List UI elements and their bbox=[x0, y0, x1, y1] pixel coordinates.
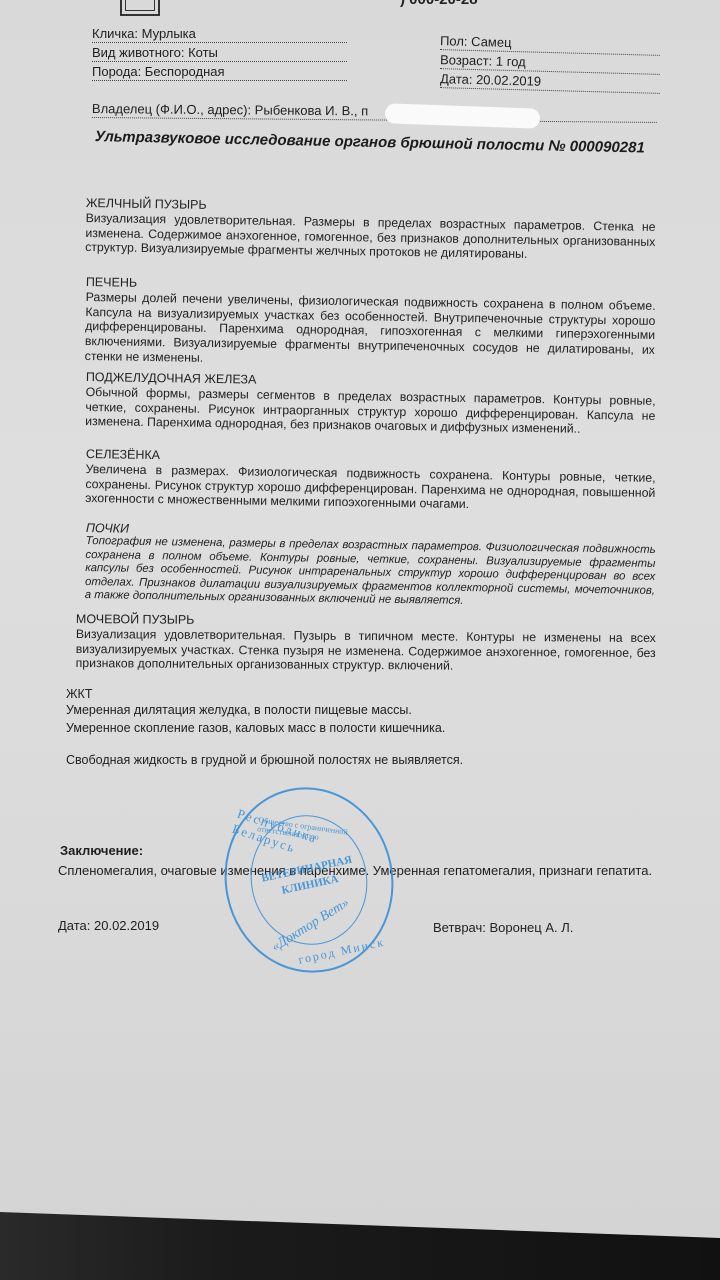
section-text: Визуализация удовлетворительная. Пузырь … bbox=[76, 627, 656, 675]
section-text: Визуализация удовлетворительная. Размеры… bbox=[85, 211, 656, 264]
section-bladder: МОЧЕВОЙ ПУЗЫРЬ Визуализация удовлетворит… bbox=[76, 612, 656, 675]
gi-line-2: Умеренное скопление газов, каловых масс … bbox=[66, 721, 445, 735]
section-kidneys: ПОЧКИ Топография не изменена, размеры в … bbox=[85, 522, 656, 611]
pet-name-field: Кличка: Мурлыка bbox=[92, 26, 347, 43]
phone-number: ) 000-20-28 bbox=[400, 0, 478, 8]
conclusion-heading: Заключение: bbox=[60, 843, 143, 858]
document-page: ) 000-20-28 Кличка: Мурлыка Вид животног… bbox=[0, 0, 720, 1240]
section-text: Топография не изменена, размеры в предел… bbox=[85, 535, 656, 611]
section-spleen: СЕЛЕЗЁНКА Увеличена в размерах. Физиолог… bbox=[85, 447, 656, 515]
footer-date: Дата: 20.02.2019 bbox=[58, 918, 159, 933]
clinic-logo-icon bbox=[120, 0, 160, 16]
document-title: Ультразвуковое исследование органов брюш… bbox=[95, 128, 645, 157]
owner-field: Владелец (Ф.И.О., адрес): Рыбенкова И. В… bbox=[92, 101, 657, 123]
free-fluid-note: Свободная жидкость в грудной и брюшной п… bbox=[66, 753, 463, 767]
species-field: Вид животного: Коты bbox=[92, 45, 347, 62]
section-heading-gi: ЖКТ bbox=[66, 687, 92, 701]
breed-field: Порода: Беспородная bbox=[92, 64, 347, 81]
clinic-stamp: Республика Беларусь Общество с ограничен… bbox=[207, 772, 410, 989]
gi-line-1: Умеренная дилятация желудка, в полости п… bbox=[66, 703, 412, 717]
redacted-address bbox=[385, 103, 541, 128]
section-text: Обычной формы, размеры сегментов в преде… bbox=[85, 385, 656, 438]
date-field: Дата: 20.02.2019 bbox=[440, 71, 660, 94]
section-pancreas: ПОДЖЕЛУДОЧНАЯ ЖЕЛЕЗА Обычной формы, разм… bbox=[85, 370, 656, 438]
section-text: Увеличена в размерах. Физиологическая по… bbox=[85, 462, 656, 515]
section-liver: ПЕЧЕНЬ Размеры долей печени увеличены, ф… bbox=[85, 275, 656, 373]
veterinarian-signature: Ветврач: Воронец А. Л. bbox=[433, 920, 573, 935]
section-gallbladder: ЖЕЛЧНЫЙ ПУЗЫРЬ Визуализация удовлетворит… bbox=[85, 196, 656, 264]
section-text: Размеры долей печени увеличены, физиолог… bbox=[85, 290, 656, 373]
